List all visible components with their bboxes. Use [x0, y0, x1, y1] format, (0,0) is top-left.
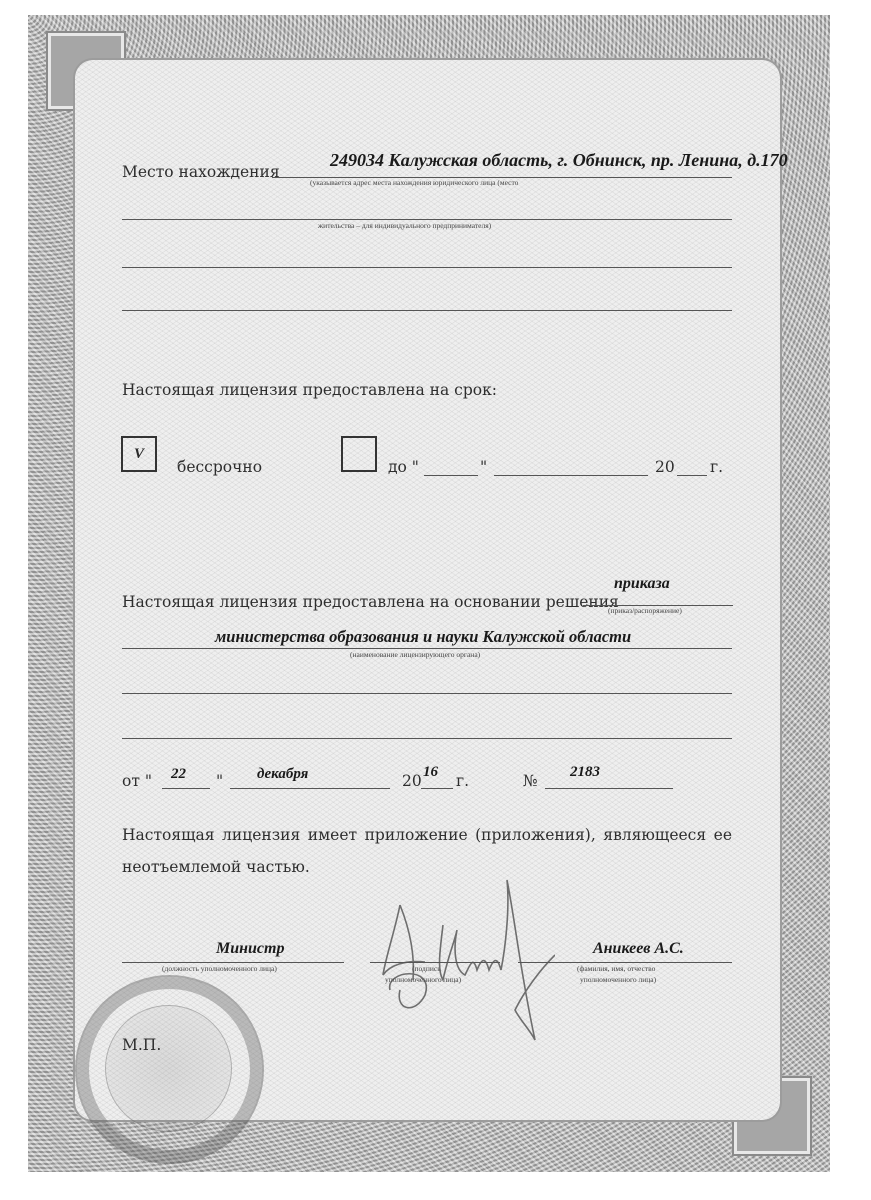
until-year-prefix: 20: [655, 458, 675, 476]
until-day-line: [424, 475, 478, 476]
date-year: 16: [423, 764, 438, 781]
blank-line-4: [122, 738, 732, 739]
date-month: декабря: [257, 766, 308, 783]
date-day-line: [162, 788, 210, 789]
blank-line-3: [122, 693, 732, 694]
name-hint-2: уполномоченного лица): [580, 975, 656, 984]
date-day: 22: [171, 766, 186, 783]
date-year-suffix: г.: [456, 772, 469, 790]
order-number: 2183: [570, 764, 600, 781]
blank-line-2: [122, 310, 732, 311]
coat-of-arms-icon: [105, 1005, 232, 1132]
position-hint: (должность уполномоченного лица): [162, 964, 277, 973]
authority-line: [122, 648, 732, 649]
signatory-name: Аникеев А.С.: [593, 940, 684, 958]
date-year-prefix: 20: [402, 772, 422, 790]
position-line: [122, 962, 344, 963]
checkbox-until-date[interactable]: [341, 436, 377, 472]
number-sign: №: [523, 772, 538, 790]
licensing-authority: министерства образования и науки Калужск…: [215, 627, 631, 647]
basis-label: Настоящая лицензия предоставлена на осно…: [122, 593, 619, 611]
decision-type: приказа: [614, 575, 670, 593]
authority-hint: (наименование лицензирующего органа): [350, 650, 480, 659]
until-year-suffix: г.: [710, 458, 723, 476]
until-year-line: [677, 475, 707, 476]
signatory-position: Министр: [216, 940, 284, 958]
location-hint-1: (указывается адрес места нахождения юрид…: [310, 178, 518, 187]
name-hint-1: (фамилия, имя, отчество: [577, 964, 655, 973]
signature-line: [370, 962, 500, 963]
option-until-prefix: до ": [388, 458, 419, 476]
appendix-line-1: Настоящая лицензия имеет приложение (при…: [122, 826, 732, 844]
date-year-line: [421, 788, 453, 789]
name-line: [518, 962, 732, 963]
date-month-line: [230, 788, 390, 789]
blank-line-1: [122, 267, 732, 268]
official-seal: [75, 975, 264, 1164]
signature-hint-2: уполномоченного лица): [385, 975, 461, 984]
location-value: 249034 Калужская область, г. Обнинск, пр…: [330, 150, 788, 171]
until-quote-close: ": [480, 458, 487, 476]
license-page: Место нахождения 249034 Калужская област…: [0, 0, 871, 1200]
appendix-line-2: неотъемлемой частью.: [122, 858, 310, 876]
checkbox-unlimited[interactable]: V: [121, 436, 157, 472]
date-quote-close: ": [216, 772, 223, 790]
signature-icon: [355, 870, 555, 1050]
order-number-line: [545, 788, 673, 789]
term-label: Настоящая лицензия предоставлена на срок…: [122, 381, 497, 399]
stamp-place-label: М.П.: [122, 1036, 161, 1054]
location-label: Место нахождения: [122, 163, 280, 181]
checkmark-icon: V: [134, 446, 144, 463]
signature-hint-1: (подпись: [412, 964, 441, 973]
location-line-2: [122, 219, 732, 220]
location-hint-2: жительства – для индивидуального предпри…: [318, 221, 491, 230]
option-unlimited-label: бессрочно: [177, 458, 262, 476]
date-prefix: от ": [122, 772, 152, 790]
decision-type-hint: (приказ/распоряжение): [608, 606, 682, 615]
until-month-line: [494, 475, 648, 476]
